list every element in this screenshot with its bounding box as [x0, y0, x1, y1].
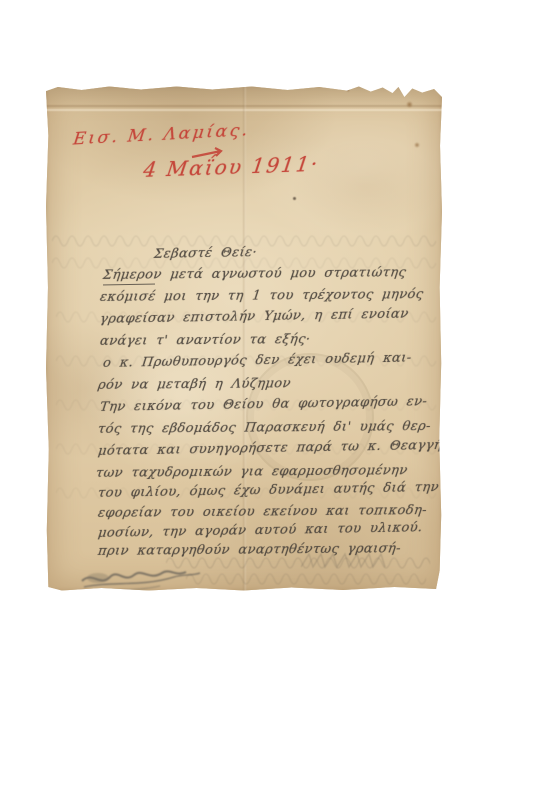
registry-note-line1: Εισ. Μ. Λαμίας. — [72, 120, 251, 149]
ink-speck — [293, 197, 296, 200]
scan-background: Εισ. Μ. Λαμίας. 4 Μαΐου 1911· Σεβαστέ Θε… — [0, 0, 549, 800]
bleedthrough-writing — [186, 569, 426, 585]
letter-line: εκόμισέ μοι την τη 1 του τρέχοντος μηνός — [99, 287, 424, 305]
signature-smudge — [76, 563, 216, 595]
letter-page: Εισ. Μ. Λαμίας. 4 Μαΐου 1911· Σεβαστέ Θε… — [46, 85, 442, 591]
letter-line: ρόν να μεταβή η Λύζημον — [97, 376, 292, 393]
letter-line: ανάγει τ' αναντίον τα εξής· — [99, 332, 311, 349]
foxing-spot — [414, 142, 420, 148]
letter-line: μοσίων, την αγοράν αυτού και του υλικού. — [97, 520, 423, 541]
foxing-spot — [346, 88, 350, 92]
underline-first-word — [103, 284, 155, 286]
salutation: Σεβαστέ Θείε· — [153, 245, 258, 262]
letter-line: πριν καταργηθούν αναρτηθέντως γραισή- — [97, 541, 402, 559]
letter-line: των ταχυδρομικών για εφαρμοσθησομένην — [95, 463, 409, 481]
stamp-ghost-circle — [246, 353, 374, 481]
foxing-spot — [406, 101, 413, 108]
letter-line: Σήμερον μετά αγνωστού μου στρατιώτης — [102, 265, 407, 283]
letter-line: τός της εβδομάδος Παρασκευή δι' υμάς θερ… — [97, 419, 432, 437]
letter-line: εφορείαν του οικείου εκείνου και τοπικοδ… — [97, 503, 428, 521]
